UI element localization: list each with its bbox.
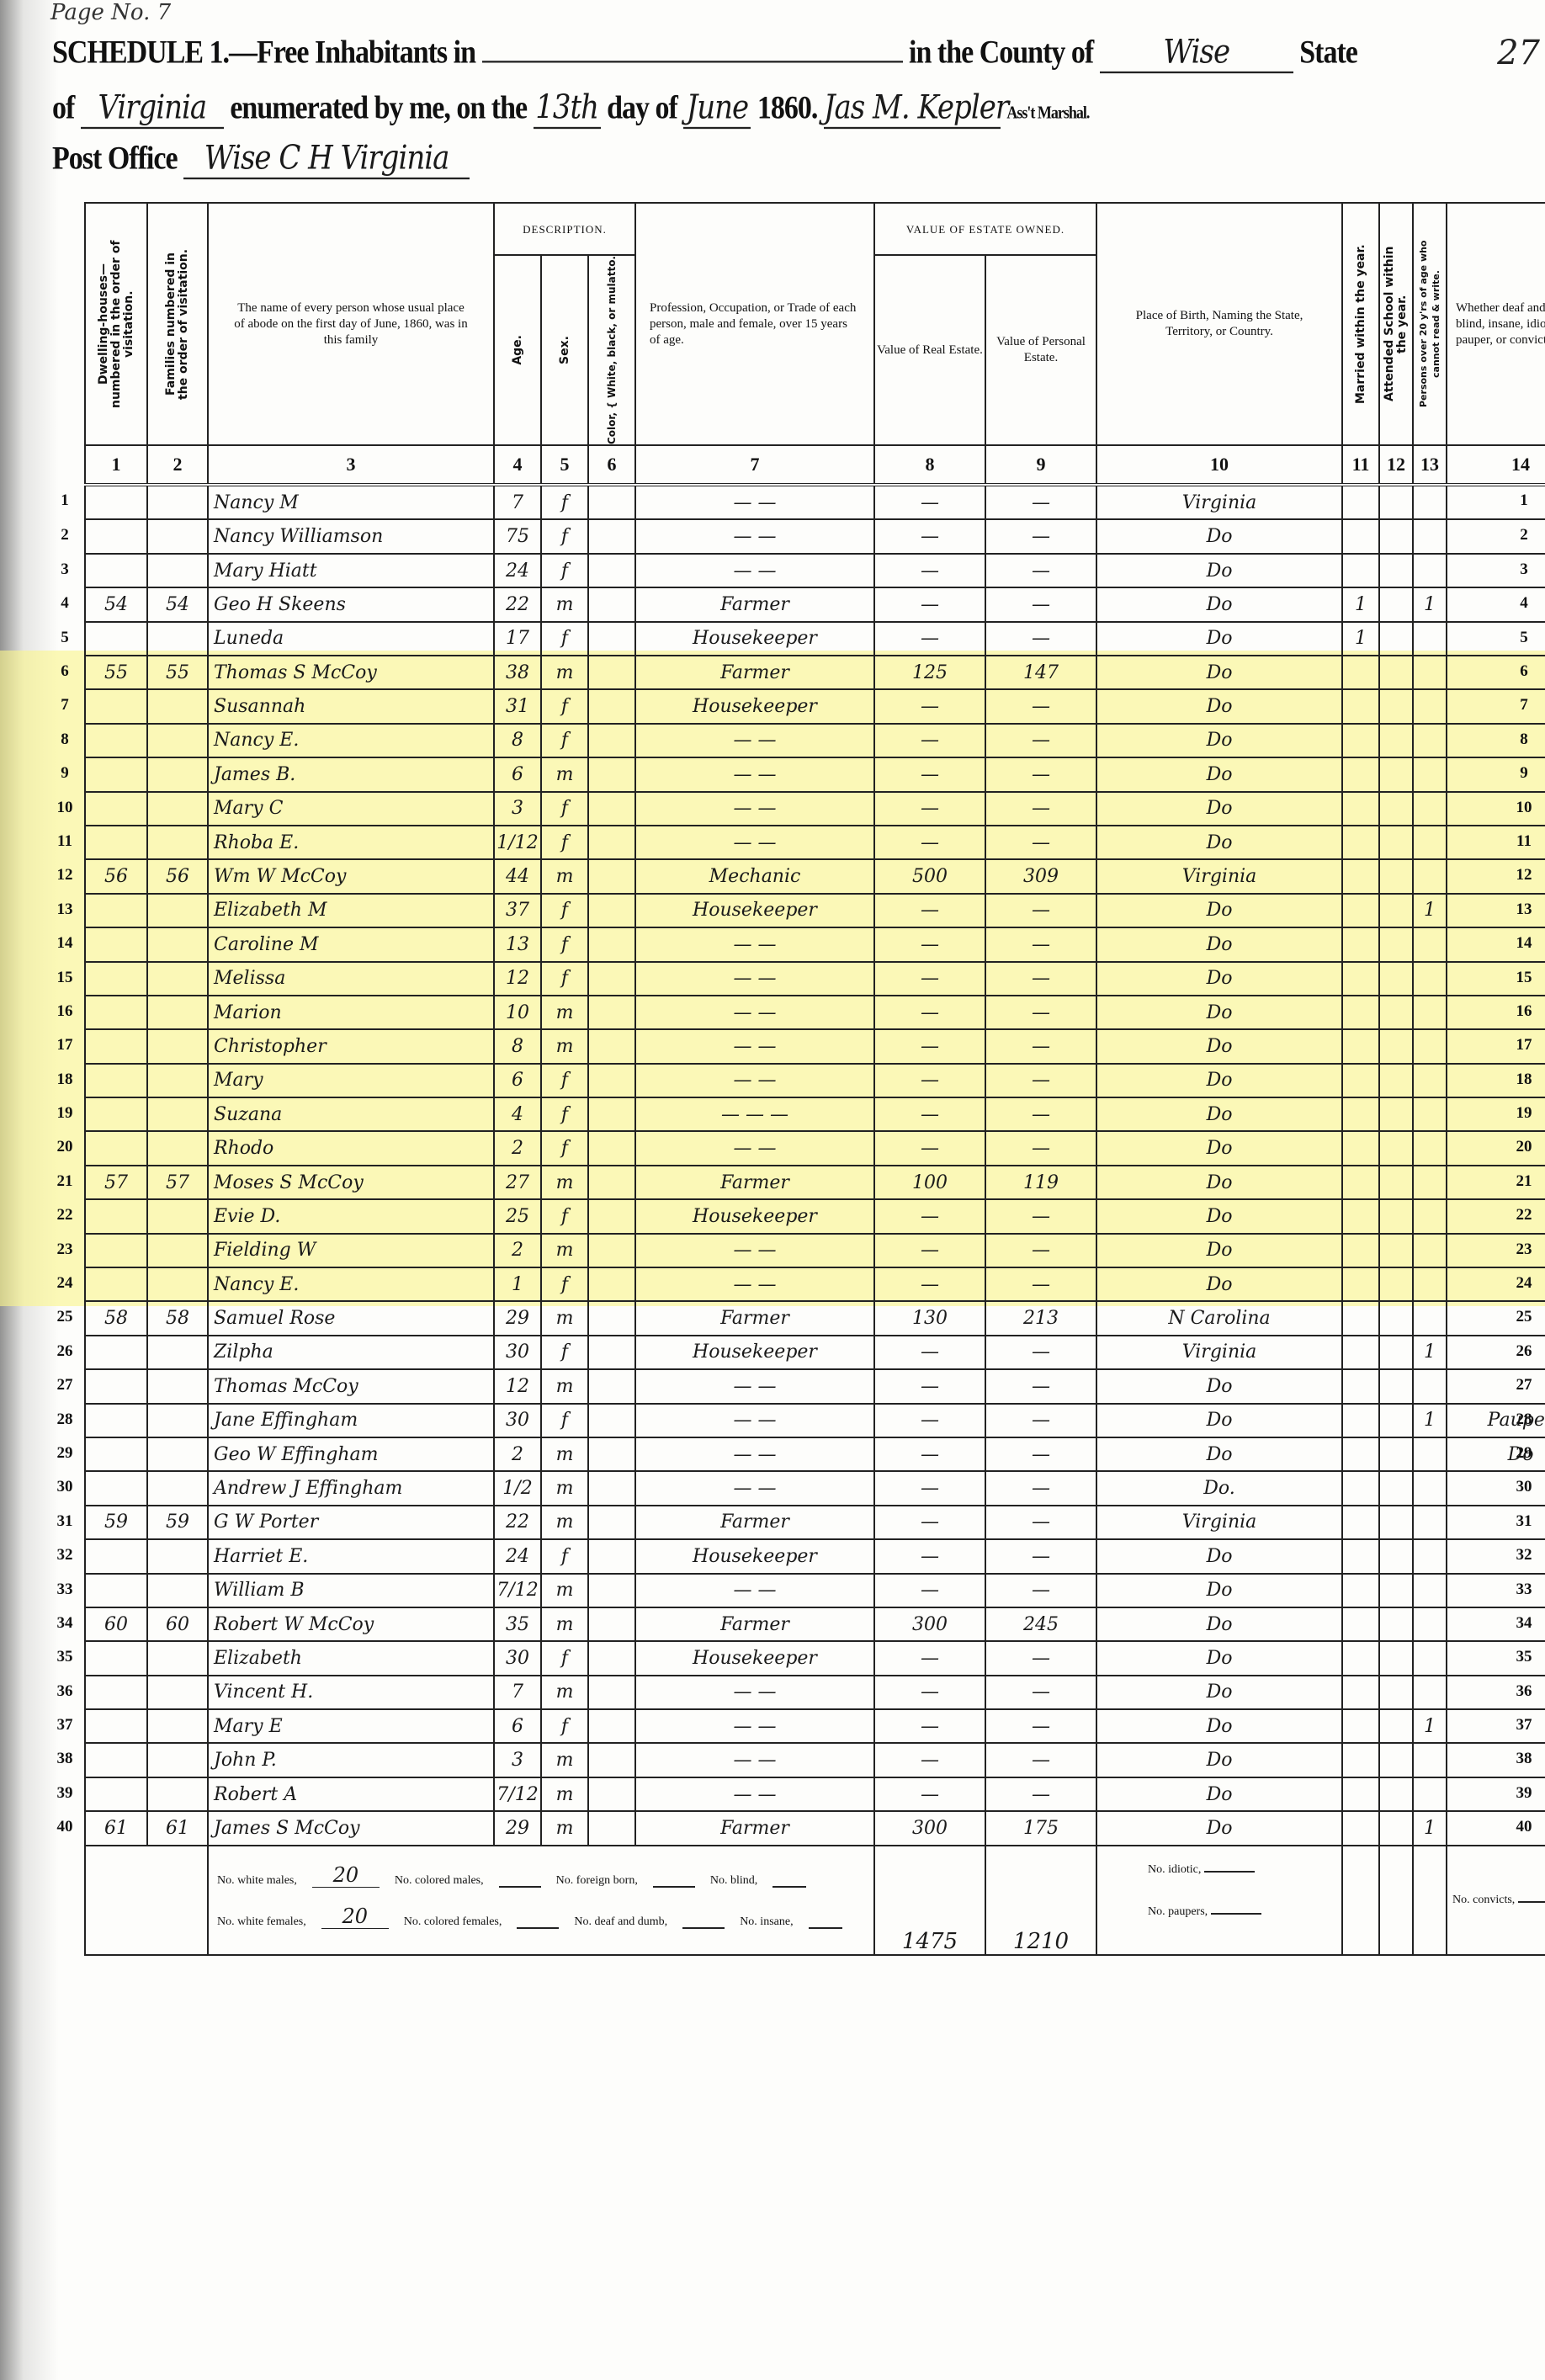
personal-estate-value: — [985,1199,1096,1233]
census-row: Mary6f— ———Do [85,1064,1545,1097]
personal-estate-value: — [985,1641,1096,1675]
age: 12 [494,962,541,996]
illiterate-mark [1413,1607,1447,1641]
census-row: Mary C3f— ———Do [85,792,1545,826]
age: 30 [494,1404,541,1437]
occupation: — — [635,1369,874,1403]
color [588,826,635,859]
school-mark [1379,656,1413,689]
age: 1/12 [494,826,541,859]
sex: f [541,894,588,927]
sex: m [541,1234,588,1267]
sex: f [541,554,588,587]
sex: f [541,927,588,961]
married-mark [1342,1301,1379,1335]
dwelling-number [85,894,147,927]
dwelling-number [85,826,147,859]
personal-estate-value: — [985,1777,1096,1811]
occupation: — — [635,1743,874,1777]
real-estate-value: — [874,1404,985,1437]
age: 3 [494,792,541,826]
birthplace: Do [1096,1369,1342,1403]
sex: m [541,1743,588,1777]
personal-estate-total: 1210 [1013,1929,1069,1954]
row-number-right: 35 [1511,1648,1537,1666]
real-estate-value: — [874,1743,985,1777]
birthplace: Do [1096,996,1342,1029]
family-number: 61 [147,1811,208,1845]
row-number-left: 17 [52,1036,77,1055]
personal-estate-value: — [985,1336,1096,1369]
birthplace: Virginia [1096,1506,1342,1539]
age: 2 [494,1131,541,1165]
row-number-right: 26 [1511,1342,1537,1361]
personal-estate-value: — [985,554,1096,587]
birthplace: Do [1096,1199,1342,1233]
occupation: Farmer [635,656,874,689]
row-number-left: 9 [52,764,77,783]
illiterate-mark [1413,1777,1447,1811]
school-mark [1379,757,1413,791]
person-name: Thomas S McCoy [208,656,494,689]
color [588,1234,635,1267]
family-number [147,1029,208,1063]
occupation: — — [635,1574,874,1607]
occupation: Farmer [635,1166,874,1199]
schedule-label: SCHEDULE 1.—Free Inhabitants in [52,35,475,71]
occupation: — — [635,962,874,996]
row-number-right: 17 [1511,1036,1537,1055]
school-mark [1379,859,1413,893]
married-mark [1342,1097,1379,1131]
census-row: Nancy E.1f— ———Do [85,1267,1545,1301]
real-estate-value: — [874,1777,985,1811]
illiterate-mark [1413,1301,1447,1335]
sex: m [541,757,588,791]
sex: f [541,792,588,826]
sex: f [541,1064,588,1097]
person-name: Christopher [208,1029,494,1063]
illiterate-mark [1413,1166,1447,1199]
color [588,1743,635,1777]
dwelling-number [85,1641,147,1675]
day-field: 13th [534,88,601,129]
row-number-left: 13 [52,900,77,919]
color [588,1811,635,1845]
person-name: Robert A [208,1777,494,1811]
row-number-left: 27 [52,1376,77,1395]
family-number [147,1267,208,1301]
census-row: 5959G W Porter22mFarmer——Virginia [85,1506,1545,1539]
occupation: — — — [635,1097,874,1131]
school-mark [1379,1301,1413,1335]
color [588,1574,635,1607]
personal-estate-value: 147 [985,656,1096,689]
color [588,1471,635,1505]
month-field: June [683,88,751,129]
occupation: Housekeeper [635,1539,874,1573]
color [588,1404,635,1437]
row-number-right: 12 [1511,866,1537,885]
dwelling-number [85,1539,147,1573]
row-number-left: 38 [52,1750,77,1768]
school-mark [1379,1369,1413,1403]
age: 24 [494,1539,541,1573]
illiterate-mark [1413,1267,1447,1301]
dwelling-number [85,1131,147,1165]
person-name: Luneda [208,622,494,656]
marshal-signature: Jas M. Kepler [824,88,1001,129]
family-number: 56 [147,859,208,893]
row-number-right: 14 [1511,934,1537,953]
married-mark [1342,1574,1379,1607]
person-name: William B [208,1574,494,1607]
dwelling-number [85,1029,147,1063]
married-mark [1342,826,1379,859]
age: 75 [494,519,541,553]
birthplace: Do [1096,519,1342,553]
age: 38 [494,656,541,689]
census-row: Suzana4f— — ———Do [85,1097,1545,1131]
col-header-personal-estate: Value of Personal Estate. [985,255,1096,445]
sex: m [541,1574,588,1607]
married-mark [1342,656,1379,689]
illiterate-mark [1413,656,1447,689]
family-number [147,485,208,519]
occupation: — — [635,1064,874,1097]
married-mark [1342,1506,1379,1539]
census-row: Geo W Effingham2m— ———DoDo [85,1437,1545,1471]
married-mark [1342,485,1379,519]
illiterate-mark [1413,689,1447,723]
person-name: Nancy E. [208,724,494,757]
real-estate-value: — [874,1641,985,1675]
color [588,757,635,791]
school-mark [1379,1437,1413,1471]
dwelling-number [85,1097,147,1131]
personal-estate-value: — [985,1574,1096,1607]
color [588,1097,635,1131]
occupation: — — [635,826,874,859]
row-number-right: 6 [1511,662,1537,681]
age: 7 [494,485,541,519]
person-name: G W Porter [208,1506,494,1539]
dwelling-number [85,792,147,826]
column-number: 10 [1096,445,1342,485]
schedule-header-line: SCHEDULE 1.—Free Inhabitants in in the C… [52,33,1357,73]
family-number [147,1437,208,1471]
real-estate-value: — [874,826,985,859]
page-number-label: Page No. 7 [50,0,171,25]
married-mark [1342,1743,1379,1777]
birthplace: Do [1096,1097,1342,1131]
married-mark [1342,962,1379,996]
occupation: — — [635,996,874,1029]
sex: f [541,1267,588,1301]
illiterate-mark [1413,826,1447,859]
real-estate-value: 300 [874,1811,985,1845]
personal-estate-value: 119 [985,1166,1096,1199]
census-row: Christopher8m— ———Do [85,1029,1545,1063]
illiterate-mark [1413,1743,1447,1777]
dwelling-number [85,1777,147,1811]
birthplace: Do [1096,1166,1342,1199]
age: 31 [494,689,541,723]
birthplace: Do [1096,1267,1342,1301]
birthplace: Do [1096,894,1342,927]
personal-estate-value: 245 [985,1607,1096,1641]
married-mark [1342,1676,1379,1709]
personal-estate-value: — [985,1404,1096,1437]
married-mark [1342,859,1379,893]
family-number: 55 [147,656,208,689]
school-mark [1379,1267,1413,1301]
dwelling-number: 54 [85,587,147,621]
real-estate-value: — [874,1437,985,1471]
married-mark: 1 [1342,622,1379,656]
birthplace: Do [1096,1234,1342,1267]
birthplace: Virginia [1096,859,1342,893]
row-number-left: 23 [52,1240,77,1259]
married-mark [1342,1369,1379,1403]
col-header-family: Families numbered in the order of visita… [147,203,208,445]
illiterate-mark: 1 [1413,1811,1447,1845]
real-estate-value: — [874,1131,985,1165]
sex: f [541,1097,588,1131]
married-mark [1342,1064,1379,1097]
color [588,996,635,1029]
color [588,1709,635,1743]
family-number: 60 [147,1607,208,1641]
census-row: Harriet E.24fHousekeeper——Do [85,1539,1545,1573]
row-number-right: 27 [1511,1376,1537,1395]
col-header-birthplace: Place of Birth, Naming the State, Territ… [1096,203,1342,445]
school-mark [1379,519,1413,553]
sex: f [541,1641,588,1675]
real-estate-value: — [874,1029,985,1063]
row-number-right: 30 [1511,1478,1537,1496]
illiterate-mark [1413,927,1447,961]
dwelling-number [85,554,147,587]
illiterate-mark [1413,485,1447,519]
sex: m [541,1369,588,1403]
occupation: — — [635,1437,874,1471]
color [588,962,635,996]
personal-estate-value: — [985,1234,1096,1267]
age: 37 [494,894,541,927]
row-number-right: 37 [1511,1716,1537,1735]
school-mark [1379,1131,1413,1165]
row-number-right: 16 [1511,1002,1537,1021]
birthplace: Do [1096,927,1342,961]
real-estate-value: — [874,724,985,757]
real-estate-value: — [874,587,985,621]
occupation: Farmer [635,1301,874,1335]
color [588,1267,635,1301]
row-number-left: 11 [52,832,77,851]
family-number: 59 [147,1506,208,1539]
county-field: Wise [1100,33,1293,73]
illiterate-mark [1413,1369,1447,1403]
real-estate-value: — [874,622,985,656]
sex: f [541,689,588,723]
married-mark [1342,1539,1379,1573]
person-name: Fielding W [208,1234,494,1267]
birthplace: Virginia [1096,1336,1342,1369]
census-row: Nancy M7f— ———Virginia [85,485,1545,519]
illiterate-mark [1413,792,1447,826]
census-row: Vincent H.7m— ———Do [85,1676,1545,1709]
school-mark [1379,996,1413,1029]
real-estate-value: 100 [874,1166,985,1199]
birthplace: Do [1096,1607,1342,1641]
personal-estate-value: — [985,792,1096,826]
row-number-left: 15 [52,969,77,987]
married-mark [1342,724,1379,757]
school-mark [1379,1199,1413,1233]
family-number [147,1064,208,1097]
row-number-left: 19 [52,1104,77,1123]
row-number-left: 25 [52,1308,77,1326]
personal-estate-value: — [985,587,1096,621]
birthplace: Do [1096,656,1342,689]
dwelling-number: 60 [85,1607,147,1641]
illiterate-mark [1413,1437,1447,1471]
row-number-right: 23 [1511,1240,1537,1259]
personal-estate-value: — [985,1506,1096,1539]
color [588,792,635,826]
dwelling-number: 59 [85,1506,147,1539]
sex: m [541,587,588,621]
person-name: Andrew J Effingham [208,1471,494,1505]
person-name: Nancy M [208,485,494,519]
column-number: 11 [1342,445,1379,485]
age: 25 [494,1199,541,1233]
row-number-right: 22 [1511,1206,1537,1225]
col-header-illiterate: Persons over 20 y'rs of age who cannot r… [1413,203,1447,445]
row-number-left: 5 [52,629,77,647]
personal-estate-value: — [985,1471,1096,1505]
sex: f [541,1539,588,1573]
age: 2 [494,1234,541,1267]
real-estate-value: — [874,689,985,723]
of-label: of [52,90,74,126]
birthplace: Do [1096,826,1342,859]
birthplace: N Carolina [1096,1301,1342,1335]
day-of-label: day of [607,90,677,126]
dwelling-number [85,519,147,553]
color [588,1369,635,1403]
color [588,1607,635,1641]
person-name: Mary C [208,792,494,826]
dwelling-number [85,622,147,656]
age: 7/12 [494,1777,541,1811]
row-number-right: 18 [1511,1070,1537,1089]
married-mark [1342,1777,1379,1811]
school-mark [1379,485,1413,519]
occupation: Farmer [635,1607,874,1641]
row-number-left: 22 [52,1206,77,1225]
family-number: 54 [147,587,208,621]
school-mark [1379,826,1413,859]
color [588,1336,635,1369]
dwelling-number [85,1676,147,1709]
illiterate-mark [1413,1199,1447,1233]
real-estate-value: 125 [874,656,985,689]
occupation: Mechanic [635,859,874,893]
person-name: Moses S McCoy [208,1166,494,1199]
person-name: Robert W McCoy [208,1607,494,1641]
personal-estate-value: — [985,894,1096,927]
real-estate-value: — [874,1709,985,1743]
census-row: James B.6m— ———Do [85,757,1545,791]
age: 4 [494,1097,541,1131]
occupation: — — [635,1676,874,1709]
dwelling-number [85,996,147,1029]
col-header-estate: VALUE OF ESTATE OWNED. [874,203,1096,255]
sex: m [541,996,588,1029]
school-mark [1379,1607,1413,1641]
col-header-real-estate: Value of Real Estate. [874,255,985,445]
sex: m [541,1471,588,1505]
birthplace: Do [1096,1064,1342,1097]
column-number: 14 [1447,445,1545,485]
col-header-condition: Whether deaf and dumb, blind, insane, id… [1447,203,1545,445]
school-mark [1379,1097,1413,1131]
dwelling-number: 61 [85,1811,147,1845]
age: 10 [494,996,541,1029]
sex: f [541,1336,588,1369]
color [588,1199,635,1233]
column-number: 3 [208,445,494,485]
married-mark [1342,1199,1379,1233]
family-number [147,894,208,927]
row-number-right: 1 [1511,491,1537,510]
married-mark [1342,1404,1379,1437]
person-name: John P. [208,1743,494,1777]
sex: f [541,622,588,656]
color [588,587,635,621]
personal-estate-value: — [985,826,1096,859]
age: 1/2 [494,1471,541,1505]
person-name: Susannah [208,689,494,723]
person-name: James S McCoy [208,1811,494,1845]
sex: f [541,962,588,996]
sex: f [541,1709,588,1743]
school-mark [1379,622,1413,656]
illiterate-mark [1413,1676,1447,1709]
post-office-label: Post Office [52,141,178,177]
post-office-field: Wise C H Virginia [183,139,470,179]
personal-estate-value: — [985,689,1096,723]
col-header-school: Attended School within the year. [1379,203,1413,445]
illiterate-mark [1413,1064,1447,1097]
census-row: Rhodo2f— ———Do [85,1131,1545,1165]
school-mark [1379,792,1413,826]
real-estate-value: — [874,1471,985,1505]
real-estate-value: — [874,996,985,1029]
family-number [147,1199,208,1233]
personal-estate-value: — [985,1267,1096,1301]
birthplace: Do [1096,1539,1342,1573]
sex: m [541,1437,588,1471]
birthplace: Do [1096,1029,1342,1063]
sex: m [541,1676,588,1709]
color [588,485,635,519]
married-mark [1342,792,1379,826]
person-name: Elizabeth M [208,894,494,927]
illiterate-mark [1413,962,1447,996]
